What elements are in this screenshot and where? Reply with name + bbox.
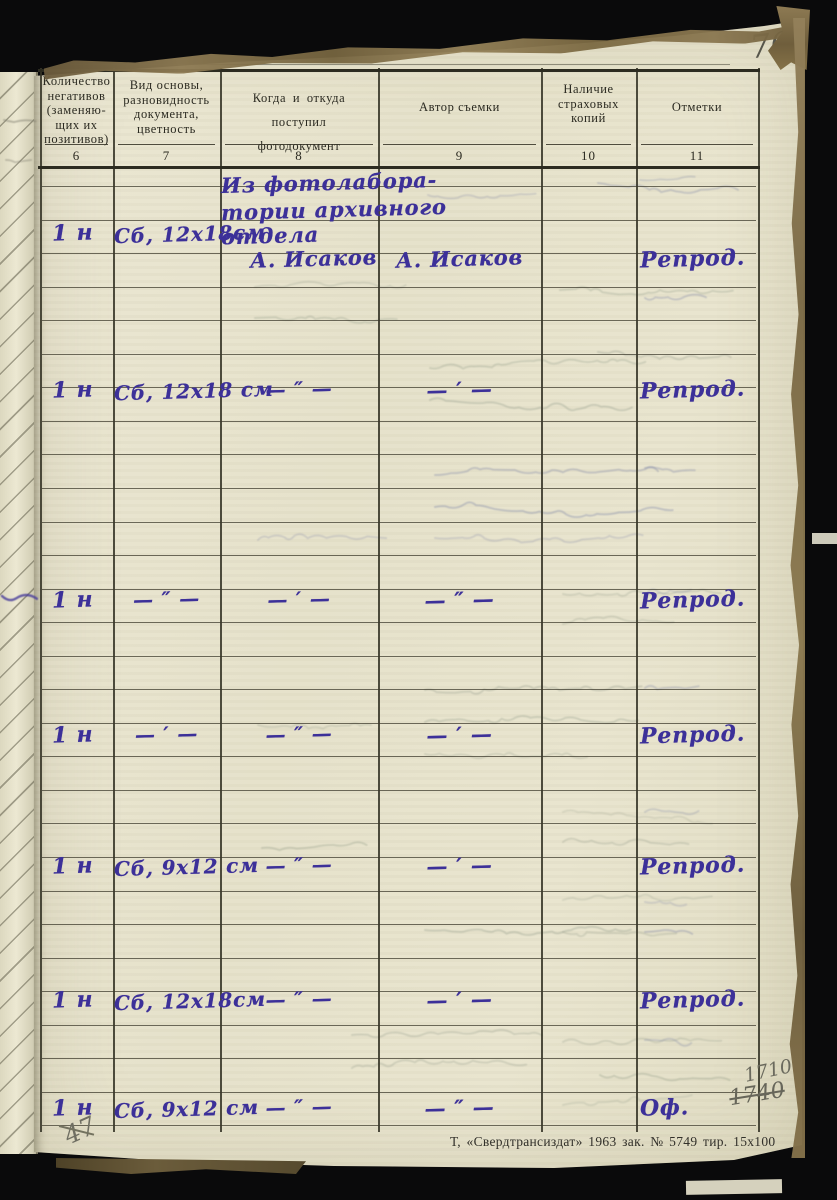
entry-5-negatives-count: 1 н	[52, 852, 94, 879]
column-number-8: 8	[225, 144, 373, 166]
entry-1-source-line-4: А. Исаков	[250, 244, 378, 273]
background-sliver	[812, 533, 837, 544]
entry-2-author: — ′ —	[378, 375, 542, 405]
table-row-line	[42, 488, 756, 489]
column-header-11: Отметки	[638, 100, 756, 115]
entry-2-source-ditto: — ″ —	[220, 375, 379, 403]
entry-4-negatives-count: 1 н	[52, 721, 94, 748]
table-row-line	[42, 421, 756, 422]
table-column-border	[40, 68, 42, 1132]
printer-imprint: Т, «Свердтрансиздат» 1963 зак. № 5749 ти…	[450, 1134, 775, 1150]
table-row-line	[42, 958, 756, 959]
table-row-line	[42, 1058, 756, 1059]
entry-1-source-line-1: Из фотолабора-	[221, 167, 438, 198]
table-row-line	[42, 790, 756, 791]
column-header-10: Наличие страховых копий	[543, 82, 634, 126]
table-row-line	[42, 522, 756, 523]
page-bottom-sliver	[686, 1179, 782, 1195]
column-number-9: 9	[383, 144, 536, 166]
archival-scan: Количество негативов (заменяю- щих их по…	[0, 0, 837, 1200]
entry-1-negatives-count: 1 н	[52, 219, 94, 246]
entry-5-notes: Репрод.	[640, 852, 746, 881]
column-number-11: 11	[641, 144, 753, 166]
table-row-line	[42, 320, 756, 321]
entry-3-negatives-count: 1 н	[52, 586, 94, 613]
entry-1-source-line-3: отдела	[221, 222, 320, 250]
entry-7-source-ditto: — ″ —	[220, 1093, 379, 1121]
entry-7-author: — ″ —	[378, 1093, 542, 1123]
entry-6-source-ditto: — ″ —	[220, 985, 379, 1013]
table-row-line	[42, 287, 756, 288]
table-row-line	[42, 1125, 756, 1126]
entry-2-notes: Репрод.	[640, 376, 746, 405]
entry-1-notes: Репрод.	[640, 245, 746, 274]
entry-3-notes: Репрод.	[640, 586, 746, 615]
column-header-7: Вид основы, разновидность документа, цве…	[115, 78, 218, 136]
entry-1-author: А. Исаков	[378, 244, 542, 274]
entry-5-author: — ′ —	[378, 851, 542, 881]
column-header-9: Автор съемки	[380, 100, 539, 115]
column-header-6: Количество негативов (заменяю- щих их по…	[42, 74, 111, 147]
table-row-line	[42, 924, 756, 925]
underlying-page-edges	[0, 72, 38, 1154]
column-number-6: 6	[45, 144, 108, 166]
entry-3-source-ditto: — ′ —	[220, 585, 379, 613]
column-number-10: 10	[546, 144, 631, 166]
entry-4-author: — ′ —	[378, 720, 542, 750]
register-table: Количество негативов (заменяю- щих их по…	[40, 70, 758, 1132]
entry-2-negatives-count: 1 н	[52, 376, 94, 403]
table-column-border	[541, 68, 543, 1132]
table-row-line	[42, 454, 756, 455]
table-row-line	[42, 823, 756, 824]
entry-4-base-ditto: — ′ —	[113, 721, 221, 748]
entry-6-negatives-count: 1 н	[52, 986, 94, 1013]
table-row-line	[42, 891, 756, 892]
table-row-line	[42, 689, 756, 690]
table-row-line	[42, 656, 756, 657]
entry-6-author: — ′ —	[378, 985, 542, 1015]
table-row-line	[42, 354, 756, 355]
table-row-line	[42, 1092, 756, 1093]
entry-4-source-ditto: — ″ —	[220, 720, 379, 748]
entry-4-notes: Репрод.	[640, 721, 746, 750]
table-row-line	[42, 1025, 756, 1026]
entry-3-base-ditto: — ″ —	[113, 586, 221, 613]
table-row-line	[42, 756, 756, 757]
entry-3-author: — ″ —	[378, 585, 542, 615]
entry-5-source-ditto: — ″ —	[220, 851, 379, 879]
table-row-line	[42, 555, 756, 556]
table-row-line	[42, 622, 756, 623]
entry-6-notes: Репрод.	[640, 986, 746, 1015]
table-column-border	[758, 68, 760, 1132]
column-number-7: 7	[118, 144, 215, 166]
entry-7-notes: Оф.	[640, 1094, 690, 1121]
table-column-border	[636, 68, 638, 1132]
